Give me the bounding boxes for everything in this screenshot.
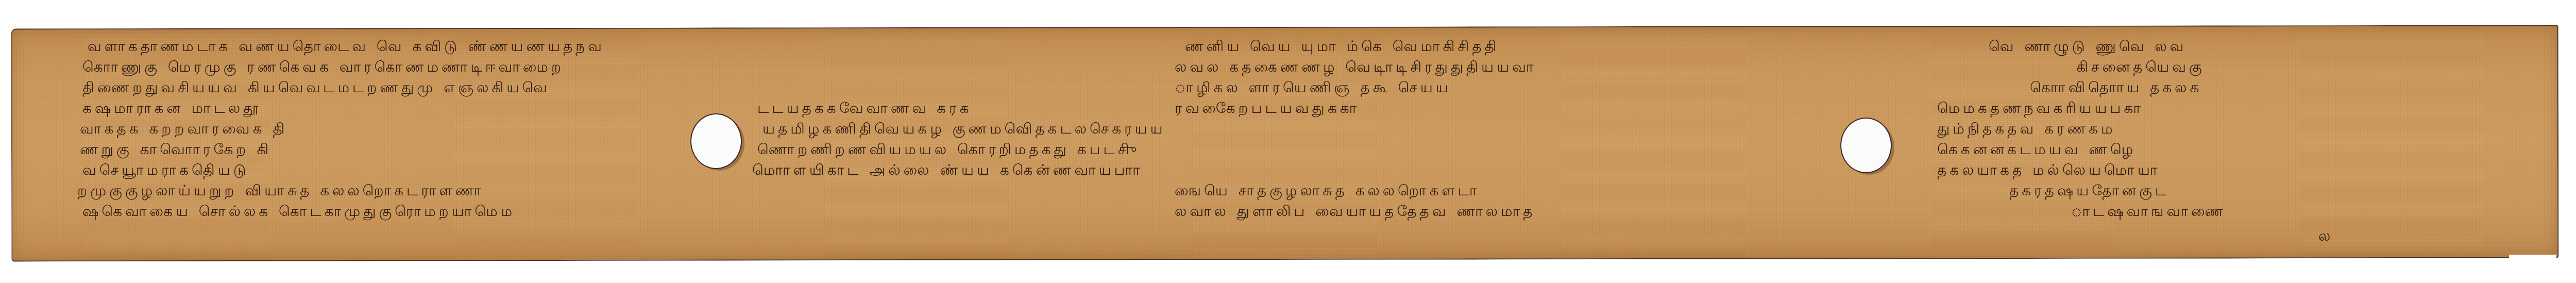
manuscript-line-segment: ல (2318, 227, 2333, 245)
manuscript-line-segment: டடயதககவேவாணவ கரக (757, 99, 972, 118)
manuscript-line-segment: ரவகேைறபடயவதுககா (1175, 99, 1360, 118)
manuscript-line-segment: கஷமாராகன மாடலதூ (82, 99, 262, 118)
manuscript-line-segment: ாழிகல ளாரயெணிஞ தகூ செயய (1175, 78, 1451, 97)
manuscript-line-segment: கெகனனகடமயவ ணழெ (1937, 140, 2136, 159)
manuscript-line-segment: றமுகுகுழலாய்யறுற வியாசுத கலலறொகடராளணா (77, 181, 484, 200)
manuscript-text: வளாகதாணமடாக வணயதொடைவ வெ கவிடு ண்ணயணயதநவண… (0, 0, 2576, 283)
manuscript-line-segment: கிசனைதயெவகு (2076, 58, 2205, 76)
manuscript-line-segment: வாகதக கறறவாரவைக தி (80, 120, 287, 138)
manuscript-line-segment: வசெயூாமராகதிெயடு (82, 161, 249, 179)
manuscript-line-segment: ணாெறணிறணவியமயல கொரறிமதகது கபடசிு (757, 140, 1140, 159)
manuscript-line-segment: மாொளயிகாட அல்லை ண்யய ககென்ணவாயபாா (752, 161, 1143, 179)
manuscript-line-segment: தகரதஷயதோனகுட (2009, 181, 2170, 200)
manuscript-line-segment: வளாகதாணமடாக வணயதொடைவ வெ கவிடு ண்ணயணயதநவ (88, 37, 605, 56)
manuscript-line-segment: யதமிழகணிதிவெயகழ குணமவெிதகடலசெகரயய (762, 120, 1166, 138)
manuscript-line-segment: திணைறதுவசியயவ கியவெவடமடறணதுமு எஞலகியவெ (82, 78, 550, 97)
manuscript-line-segment: வெ ணாழுடு ணுவெ லவ (1989, 37, 2187, 56)
manuscript-line-segment: ணனிய வெய யுமா ம்கெ வெமாகிசிததி (1185, 37, 1500, 56)
manuscript-line-segment: மெமகதணநவகரியயபகா (1937, 99, 2144, 118)
manuscript-line-segment: லவால துளாலிப வையாயததேதவ ணாலமாத (1175, 202, 1535, 221)
manuscript-line-segment: கொாணுகு மெரமுகு ரணகெவக வாரகொணமணாடிஈவாமைற (82, 58, 564, 76)
manuscript-line-segment: ஙையெ சாதகுழலாசுத கலலறொகளடா (1175, 181, 1480, 200)
manuscript-line-segment: தகலயாகத மல்லெயமொயா (1937, 161, 2160, 179)
manuscript-line-segment: தும்நிதகதவ கரணகம (1937, 120, 2116, 138)
manuscript-line-segment: ணறுகு காவொாரகேற கி (80, 140, 272, 159)
manuscript-line-segment: ாடஷவாஙவாணை (2071, 202, 2226, 221)
manuscript-line-segment: ஷகெவாகைய சொல்லக கொடகாமுதுகுரொமறயாமெம (82, 202, 515, 221)
manuscript-line-segment: லவல கதகைணணழ வெடிாடிசிரதுதுதியயவா (1175, 58, 1537, 76)
manuscript-line-segment: கொாவிதொாய தகலக (2030, 78, 2202, 97)
